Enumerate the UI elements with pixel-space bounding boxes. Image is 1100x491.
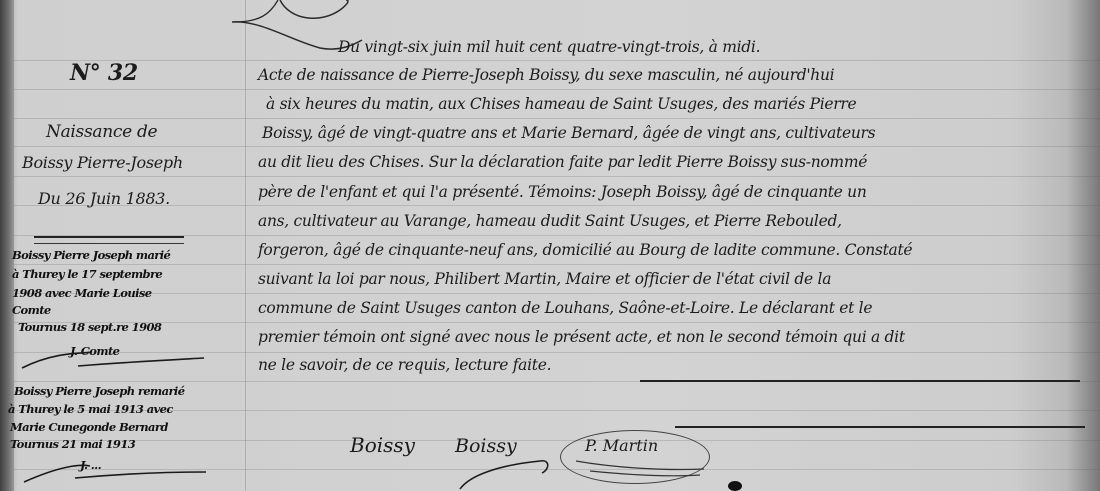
- ruled-line: [14, 118, 1100, 119]
- paraph-flourish-icon: [570, 455, 710, 481]
- body-line-4: Boissy, âgé de vingt-quatre ans et Marie…: [262, 124, 875, 142]
- body-line-11: premier témoin ont signé avec nous le pr…: [258, 328, 905, 346]
- signature-mayor: P. Martin: [585, 436, 658, 455]
- margin-date: Du 26 Juin 1883.: [38, 189, 170, 208]
- margin-double-rule: [34, 236, 184, 244]
- body-line-8: forgeron, âgé de cinquante-neuf ans, dom…: [258, 241, 912, 259]
- margin-note-line: à Thurey le 5 mai 1913 avec: [8, 402, 173, 416]
- register-page: N° 32 Naissance de Boissy Pierre-Joseph …: [0, 0, 1100, 491]
- signature-flourish-icon: [18, 346, 208, 374]
- body-line-7: ans, cultivateur au Varange, hameau dudi…: [258, 212, 842, 230]
- margin-note-line: Tournus 18 sept.re 1908: [18, 320, 161, 334]
- margin-note-line: Marie Cunegonde Bernard: [10, 420, 168, 434]
- margin-divider: [245, 0, 246, 491]
- ruled-line: [14, 440, 1100, 441]
- margin-note-line: 1908 avec Marie Louise: [12, 286, 151, 300]
- end-of-text-rule: [640, 380, 1080, 382]
- body-line-2: Acte de naissance de Pierre-Joseph Boiss…: [258, 66, 834, 84]
- entry-number: N° 32: [70, 60, 138, 86]
- body-line-5: au dit lieu des Chises. Sur la déclarati…: [258, 153, 867, 171]
- ruled-line: [14, 89, 1100, 90]
- signature-flourish-icon: [20, 460, 210, 486]
- ruled-line: [14, 322, 1100, 323]
- body-line-9: suivant la loi par nous, Philibert Marti…: [258, 270, 831, 288]
- signature-witness: Boissy: [455, 435, 517, 457]
- body-line-12: ne le savoir, de ce requis, lecture fait…: [258, 356, 551, 374]
- margin-note-line: Boissy Pierre Joseph marié: [12, 248, 170, 262]
- act-closing-rule: [675, 426, 1085, 428]
- body-line-3: à six heures du matin, aux Chises hameau…: [266, 95, 856, 113]
- ink-blot: [728, 481, 742, 491]
- ruled-line: [14, 410, 1100, 411]
- ruled-line: [14, 264, 1100, 265]
- margin-heading: Naissance de: [46, 122, 157, 142]
- body-line-6: père de l'enfant et qui l'a présenté. Té…: [258, 183, 867, 201]
- ruled-line: [14, 293, 1100, 294]
- binding-gutter: [0, 0, 14, 491]
- margin-note-line: Tournus 21 mai 1913: [10, 437, 135, 451]
- body-line-1: Du vingt-six juin mil huit cent quatre-v…: [338, 38, 760, 56]
- ruled-line: [14, 176, 1100, 177]
- signature-flourish-icon: [450, 455, 560, 491]
- margin-note-line: à Thurey le 17 septembre: [12, 267, 162, 281]
- signature-declarant: Boissy: [350, 433, 415, 457]
- margin-subject-name: Boissy Pierre-Joseph: [22, 153, 183, 172]
- body-line-10: commune de Saint Usuges canton de Louhan…: [258, 299, 872, 317]
- margin-note-line: Comte: [12, 303, 51, 317]
- margin-note-line: Boissy Pierre Joseph remarié: [14, 384, 184, 398]
- ruled-line: [14, 205, 1100, 206]
- ruled-line: [14, 60, 1100, 61]
- ruled-line: [14, 146, 1100, 147]
